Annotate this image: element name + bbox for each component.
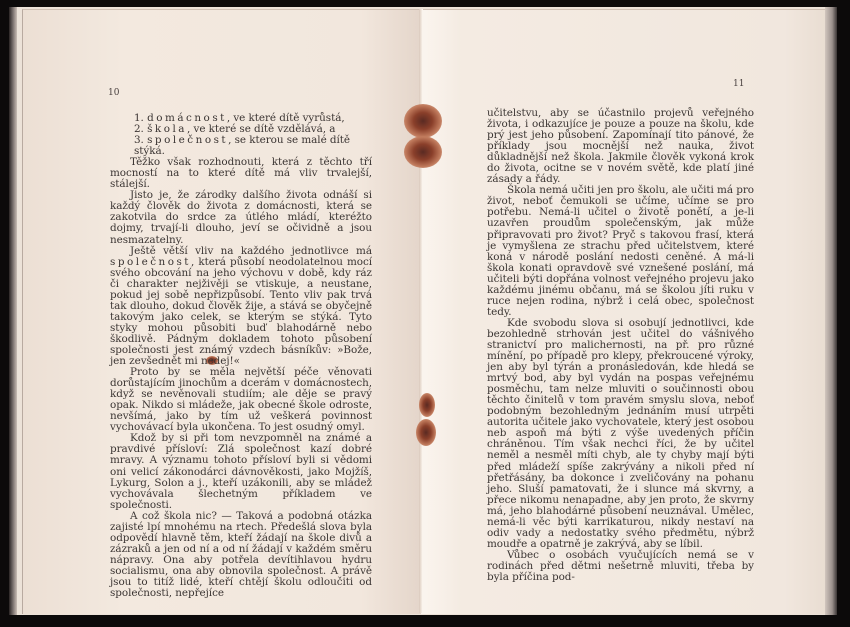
paragraph: Ještě větší vliv na každého jednotlivce … <box>110 246 372 368</box>
rust-stain-top-lower <box>404 136 442 168</box>
paragraph: A což škola nic? — Taková a podobná otáz… <box>110 511 372 599</box>
paragraph: učitelstvu, aby se účastnilo projevů veř… <box>487 108 754 185</box>
page-number-right: 11 <box>733 79 744 89</box>
page-number-left: 10 <box>108 88 119 98</box>
left-page-edge <box>9 7 17 615</box>
paragraph: Kde svobodu slova si osobují jednotlivci… <box>487 318 754 550</box>
left-page-text: 1. domácnost, ve které dítě vyrůstá, 2. … <box>110 113 372 599</box>
paragraph: Jisto je, že zárodky dalšího života odná… <box>110 190 372 245</box>
list-item: 3. společnost, se kterou se malé dítě st… <box>110 135 372 157</box>
rust-stain-top-upper <box>404 104 442 138</box>
book-gutter <box>419 9 423 613</box>
paragraph: Těžko však rozhodnouti, která z těchto t… <box>110 157 372 190</box>
paragraph: Proto by se měla největší péče věnovati … <box>110 367 372 433</box>
right-page-edge <box>825 7 837 615</box>
right-page-text: učitelstvu, aby se účastnilo projevů veř… <box>487 108 754 583</box>
paragraph: Vůbec o osobách vyučujících nemá se v ro… <box>487 550 754 583</box>
paragraph: Škola nemá učiti jen pro školu, ale učit… <box>487 185 754 318</box>
rust-stain-bottom-upper <box>419 393 435 417</box>
rust-stain-bottom-lower <box>416 419 436 446</box>
paragraph: Kdož by si při tom nevzpomněl na známé a… <box>110 433 372 510</box>
